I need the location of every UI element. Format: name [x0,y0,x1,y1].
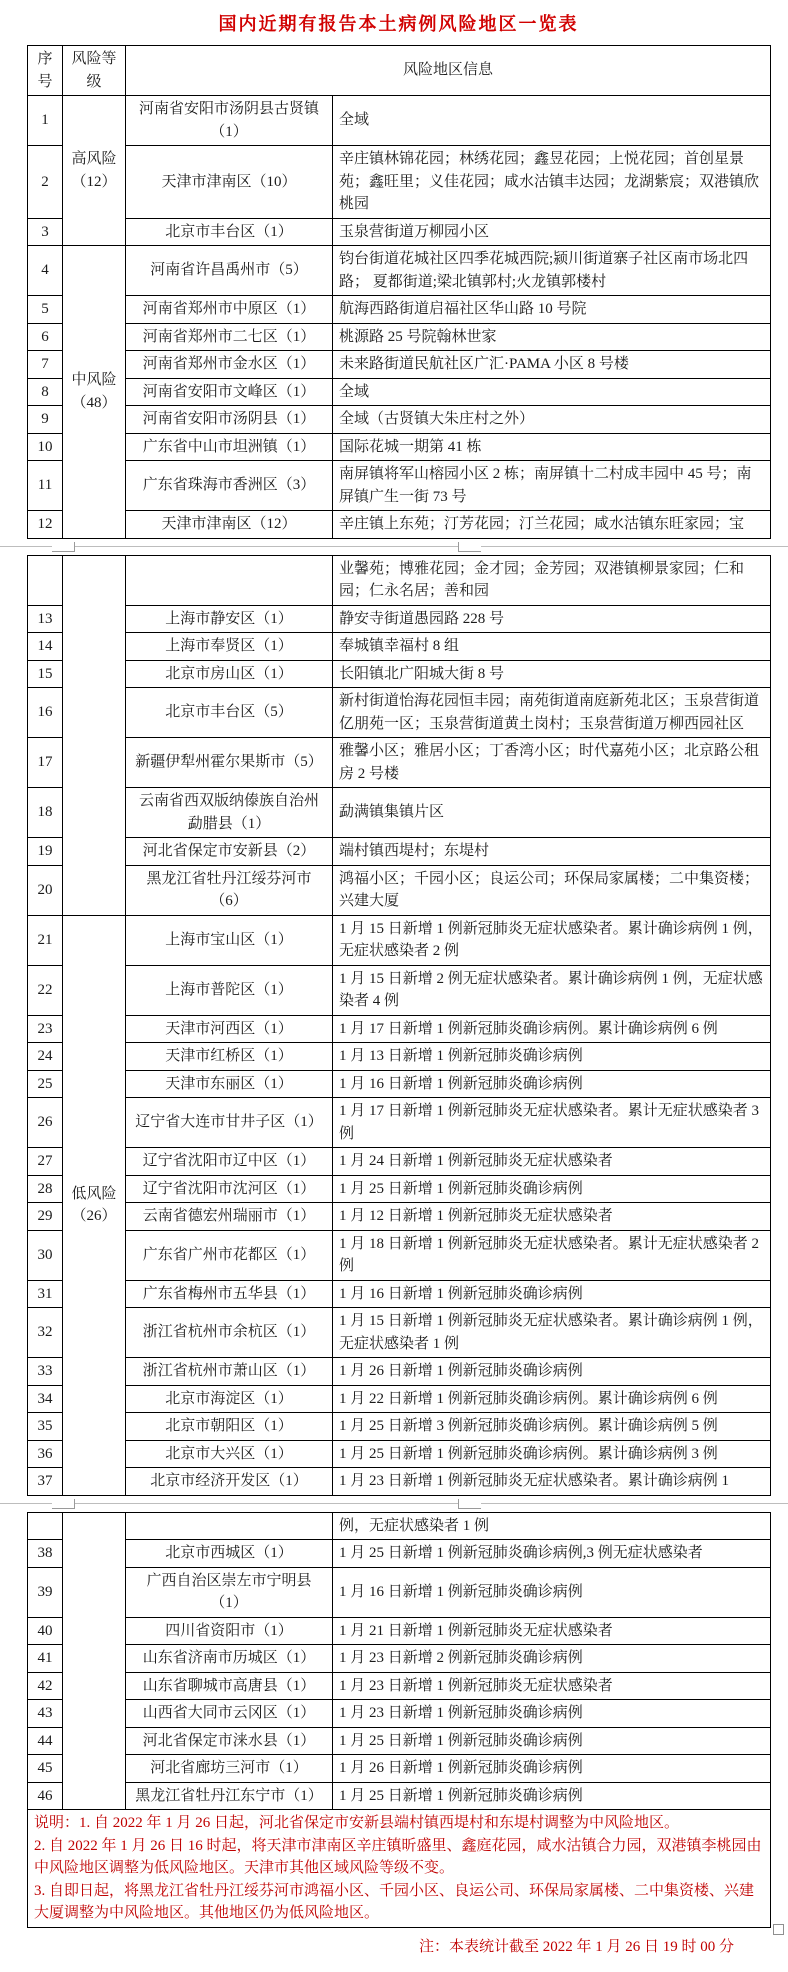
region-cell: 河北省廊坊三河市（1） [126,1755,333,1783]
info-cell: 1 月 23 日新增 1 例新冠肺炎确诊病例 [333,1700,771,1728]
row-number-cell: 20 [28,865,63,915]
info-cell: 全域 [333,378,771,406]
table-row: 19河北省保定市安新县（2）端村镇西堤村；东堤村 [28,838,771,866]
anchor-square-marker [773,1924,784,1935]
region-cell: 天津市津南区（12） [126,511,333,539]
page-corner-mark-right [458,542,481,552]
header-risk-area-info: 风险地区信息 [126,46,771,96]
region-cell: 北京市经济开发区（1） [126,1468,333,1496]
table-row: 46黑龙江省牡丹江东宁市（1）1 月 25 日新增 1 例新冠肺炎确诊病例 [28,1782,771,1810]
row-number-cell: 6 [28,323,63,351]
row-number-cell: 15 [28,660,63,688]
info-cell: 辛庄镇林锦花园；林绣花园；鑫昱花园；上悦花园；首创星景苑；鑫旺里；义佳花园；咸水… [333,146,771,219]
region-cell: 北京市朝阳区（1） [126,1413,333,1441]
info-cell: 长阳镇北广阳城大街 8 号 [333,660,771,688]
row-number-cell: 19 [28,838,63,866]
row-number-cell: 2 [28,146,63,219]
region-cell: 云南省西双版纳傣族自治州勐腊县（1） [126,788,333,838]
table-row: 18云南省西双版纳傣族自治州勐腊县（1）勐满镇集镇片区 [28,788,771,838]
table-row: 11广东省珠海市香洲区（3）南屏镇将军山榕园小区 2 栋；南屏镇十二村成丰园中 … [28,461,771,511]
info-cell: 1 月 26 日新增 1 例新冠肺炎确诊病例 [333,1358,771,1386]
table-row: 24天津市红桥区（1）1 月 13 日新增 1 例新冠肺炎确诊病例 [28,1043,771,1071]
row-number-cell: 13 [28,605,63,633]
info-cell: 1 月 17 日新增 1 例新冠肺炎无症状感染者。累计无症状感染者 3 例 [333,1098,771,1148]
row-number-cell: 9 [28,406,63,434]
table-row: 2天津市津南区（10）辛庄镇林锦花园；林绣花园；鑫昱花园；上悦花园；首创星景苑；… [28,146,771,219]
row-number-cell: 5 [28,296,63,324]
info-cell: 1 月 26 日新增 1 例新冠肺炎确诊病例 [333,1755,771,1783]
region-cell: 上海市宝山区（1） [126,915,333,965]
table-row: 例，无症状感染者 1 例 [28,1512,771,1540]
page-break-1 [0,539,788,555]
region-cell: 北京市大兴区（1） [126,1440,333,1468]
region-cell: 天津市河西区（1） [126,1015,333,1043]
table-row: 36北京市大兴区（1）1 月 25 日新增 1 例新冠肺炎确诊病例。累计确诊病例… [28,1440,771,1468]
table-row: 20黑龙江省牡丹江绥芬河市（6）鸿福小区；千园小区；良运公司；环保局家属楼；二中… [28,865,771,915]
risk-table-page-1: 序号风险等级风险地区信息1高风险 （12）河南省安阳市汤阴县古贤镇（1）全域2天… [27,45,771,539]
region-cell: 浙江省杭州市萧山区（1） [126,1358,333,1386]
risk-level-cell: 高风险 （12） [63,96,126,246]
page-corner-mark-right [458,1499,481,1509]
info-cell: 勐满镇集镇片区 [333,788,771,838]
info-cell: 航海西路街道启福社区华山路 10 号院 [333,296,771,324]
row-number-cell: 25 [28,1070,63,1098]
row-number-cell: 31 [28,1280,63,1308]
table-row: 业馨苑；博雅花园；金才园；金芳园；双港镇柳景家园；仁和园；仁永名居；善和园 [28,555,771,605]
table-row: 23天津市河西区（1）1 月 17 日新增 1 例新冠肺炎确诊病例。累计确诊病例… [28,1015,771,1043]
region-cell: 河南省安阳市汤阴县（1） [126,406,333,434]
region-cell: 广西自治区崇左市宁明县（1） [126,1567,333,1617]
table-row: 43山西省大同市云冈区（1）1 月 23 日新增 1 例新冠肺炎确诊病例 [28,1700,771,1728]
table-row: 40四川省资阳市（1）1 月 21 日新增 1 例新冠肺炎无症状感染者 [28,1617,771,1645]
risk-level-cell [63,1512,126,1810]
page-corner-mark-left [52,1499,75,1509]
row-number-cell: 32 [28,1308,63,1358]
region-cell: 天津市红桥区（1） [126,1043,333,1071]
row-number-cell [28,1512,63,1540]
info-cell: 新村街道怡海花园恒丰园；南苑街道南庭新苑北区；玉泉营街道亿朋苑一区；玉泉营街道黄… [333,688,771,738]
info-cell: 1 月 18 日新增 1 例新冠肺炎无症状感染者。累计无症状感染者 2 例 [333,1230,771,1280]
region-cell: 山东省济南市历城区（1） [126,1645,333,1673]
info-cell: 1 月 13 日新增 1 例新冠肺炎确诊病例 [333,1043,771,1071]
table-row: 12天津市津南区（12）辛庄镇上东苑；汀芳花园；汀兰花园；咸水沽镇东旺家园；宝 [28,511,771,539]
document: 国内近期有报告本土病例风险地区一览表 序号风险等级风险地区信息1高风险 （12）… [0,0,788,1972]
region-cell: 河南省安阳市文峰区（1） [126,378,333,406]
table-row: 25天津市东丽区（1）1 月 16 日新增 1 例新冠肺炎确诊病例 [28,1070,771,1098]
info-cell: 1 月 23 日新增 2 例新冠肺炎确诊病例 [333,1645,771,1673]
note-line: 2. 自 2022 年 1 月 26 日 16 时起，将天津市津南区辛庄镇昕盛里… [34,1835,764,1880]
region-cell: 北京市海淀区（1） [126,1385,333,1413]
region-cell: 山东省聊城市高唐县（1） [126,1672,333,1700]
region-cell: 广东省珠海市香洲区（3） [126,461,333,511]
info-cell: 1 月 15 日新增 1 例新冠肺炎无症状感染者。累计确诊病例 1 例，无症状感… [333,1308,771,1358]
info-cell: 静安寺街道愚园路 228 号 [333,605,771,633]
page-edge-line [0,546,788,547]
note-line: 3. 自即日起，将黑龙江省牡丹江绥芬河市鸿福小区、千园小区、良运公司、环保局家属… [34,1880,764,1925]
table-row: 9河南省安阳市汤阴县（1）全域（古贤镇大朱庄村之外） [28,406,771,434]
info-cell: 鸿福小区；千园小区；良运公司；环保局家属楼；二中集资楼；兴建大厦 [333,865,771,915]
region-cell: 辽宁省大连市甘井子区（1） [126,1098,333,1148]
header-risk-level: 风险等级 [63,46,126,96]
table-row: 38北京市西城区（1）1 月 25 日新增 1 例新冠肺炎确诊病例,3 例无症状… [28,1540,771,1568]
region-cell: 河南省许昌禹州市（5） [126,246,333,296]
table-row: 15北京市房山区（1）长阳镇北广阳城大街 8 号 [28,660,771,688]
region-cell: 山西省大同市云冈区（1） [126,1700,333,1728]
info-cell: 1 月 21 日新增 1 例新冠肺炎无症状感染者 [333,1617,771,1645]
region-cell: 河南省郑州市金水区（1） [126,351,333,379]
region-cell: 天津市东丽区（1） [126,1070,333,1098]
region-cell: 辽宁省沈阳市辽中区（1） [126,1148,333,1176]
page-break-2 [0,1496,788,1512]
table-row: 8河南省安阳市文峰区（1）全域 [28,378,771,406]
row-number-cell: 29 [28,1203,63,1231]
row-number-cell: 33 [28,1358,63,1386]
info-cell: 1 月 16 日新增 1 例新冠肺炎确诊病例 [333,1567,771,1617]
info-cell: 1 月 15 日新增 2 例无症状感染者。累计确诊病例 1 例，无症状感染者 4… [333,965,771,1015]
info-cell: 钧台街道花城社区四季花城西院;颍川街道寨子社区南市场北四路； 夏都街道;梁北镇郭… [333,246,771,296]
region-cell [126,1512,333,1540]
table-row: 34北京市海淀区（1）1 月 22 日新增 1 例新冠肺炎确诊病例。累计确诊病例… [28,1385,771,1413]
info-cell: 1 月 25 日新增 1 例新冠肺炎确诊病例。累计确诊病例 3 例 [333,1440,771,1468]
row-number-cell: 34 [28,1385,63,1413]
row-number-cell: 44 [28,1727,63,1755]
region-cell: 天津市津南区（10） [126,146,333,219]
row-number-cell: 22 [28,965,63,1015]
row-number-cell: 24 [28,1043,63,1071]
row-number-cell: 40 [28,1617,63,1645]
row-number-cell: 38 [28,1540,63,1568]
risk-level-cell [63,555,126,915]
table-row: 1高风险 （12）河南省安阳市汤阴县古贤镇（1）全域 [28,96,771,146]
row-number-cell: 16 [28,688,63,738]
info-cell: 奉城镇幸福村 8 组 [333,633,771,661]
info-cell: 例，无症状感染者 1 例 [333,1512,771,1540]
table-row: 14上海市奉贤区（1）奉城镇幸福村 8 组 [28,633,771,661]
info-cell: 1 月 25 日新增 1 例新冠肺炎确诊病例 [333,1782,771,1810]
table-row: 21低风险 （26）上海市宝山区（1）1 月 15 日新增 1 例新冠肺炎无症状… [28,915,771,965]
table-row: 5河南省郑州市中原区（1）航海西路街道启福社区华山路 10 号院 [28,296,771,324]
info-cell: 桃源路 25 号院翰林世家 [333,323,771,351]
table-row: 27辽宁省沈阳市辽中区（1）1 月 24 日新增 1 例新冠肺炎无症状感染者 [28,1148,771,1176]
note-line: 说明：1. 自 2022 年 1 月 26 日起，河北省保定市安新县端村镇西堤村… [34,1812,764,1835]
info-cell: 端村镇西堤村；东堤村 [333,838,771,866]
region-cell: 浙江省杭州市余杭区（1） [126,1308,333,1358]
row-number-cell: 21 [28,915,63,965]
region-cell: 河南省郑州市二七区（1） [126,323,333,351]
table-row: 42山东省聊城市高唐县（1）1 月 23 日新增 1 例新冠肺炎无症状感染者 [28,1672,771,1700]
table-row: 17新疆伊犁州霍尔果斯市（5）雅馨小区；雅居小区；丁香湾小区；时代嘉苑小区；北京… [28,738,771,788]
region-cell: 广东省梅州市五华县（1） [126,1280,333,1308]
info-cell: 1 月 25 日新增 3 例新冠肺炎确诊病例。累计确诊病例 5 例 [333,1413,771,1441]
row-number-cell: 35 [28,1413,63,1441]
table-row: 31广东省梅州市五华县（1）1 月 16 日新增 1 例新冠肺炎确诊病例 [28,1280,771,1308]
table-row: 3北京市丰台区（1）玉泉营街道万柳园小区 [28,218,771,246]
row-number-cell: 27 [28,1148,63,1176]
row-number-cell: 1 [28,96,63,146]
page-edge-line [0,1503,788,1504]
table-row: 10广东省中山市坦洲镇（1）国际花城一期第 41 栋 [28,433,771,461]
info-cell: 全域（古贤镇大朱庄村之外） [333,406,771,434]
row-number-cell: 12 [28,511,63,539]
risk-level-cell: 中风险 （48） [63,246,126,539]
page-corner-mark-left [52,542,75,552]
info-cell: 1 月 16 日新增 1 例新冠肺炎确诊病例 [333,1280,771,1308]
row-number-cell: 36 [28,1440,63,1468]
info-cell: 1 月 15 日新增 1 例新冠肺炎无症状感染者。累计确诊病例 1 例，无症状感… [333,915,771,965]
region-cell: 广东省广州市花都区（1） [126,1230,333,1280]
statistics-cutoff-note: 注：本表统计截至 2022 年 1 月 26 日 19 时 00 分 [27,1936,770,1959]
row-number-cell: 41 [28,1645,63,1673]
region-cell: 广东省中山市坦洲镇（1） [126,433,333,461]
table-row: 28辽宁省沈阳市沈河区（1）1 月 25 日新增 1 例新冠肺炎确诊病例 [28,1175,771,1203]
table-row: 44河北省保定市涞水县（1）1 月 25 日新增 1 例新冠肺炎确诊病例 [28,1727,771,1755]
row-number-cell: 18 [28,788,63,838]
info-cell: 国际花城一期第 41 栋 [333,433,771,461]
info-cell: 南屏镇将军山榕园小区 2 栋；南屏镇十二村成丰园中 45 号；南屏镇广生一街 7… [333,461,771,511]
table-row: 45河北省廊坊三河市（1）1 月 26 日新增 1 例新冠肺炎确诊病例 [28,1755,771,1783]
row-number-cell: 43 [28,1700,63,1728]
table-row: 29云南省德宏州瑞丽市（1）1 月 12 日新增 1 例新冠肺炎无症状感染者 [28,1203,771,1231]
info-cell: 1 月 16 日新增 1 例新冠肺炎确诊病例 [333,1070,771,1098]
row-number-cell: 14 [28,633,63,661]
row-number-cell: 7 [28,351,63,379]
info-cell: 1 月 22 日新增 1 例新冠肺炎确诊病例。累计确诊病例 6 例 [333,1385,771,1413]
info-cell: 玉泉营街道万柳园小区 [333,218,771,246]
table-row: 35北京市朝阳区（1）1 月 25 日新增 3 例新冠肺炎确诊病例。累计确诊病例… [28,1413,771,1441]
region-cell: 北京市西城区（1） [126,1540,333,1568]
region-cell: 辽宁省沈阳市沈河区（1） [126,1175,333,1203]
row-number-cell: 17 [28,738,63,788]
statistics-cutoff-text: 注：本表统计截至 2022 年 1 月 26 日 19 时 00 分 [419,1939,734,1955]
info-cell: 未来路街道民航社区广汇·PAMA 小区 8 号楼 [333,351,771,379]
info-cell: 全域 [333,96,771,146]
region-cell: 黑龙江省牡丹江绥芬河市（6） [126,865,333,915]
info-cell: 1 月 23 日新增 1 例新冠肺炎无症状感染者。累计确诊病例 1 [333,1468,771,1496]
region-cell: 云南省德宏州瑞丽市（1） [126,1203,333,1231]
row-number-cell: 46 [28,1782,63,1810]
row-number-cell: 3 [28,218,63,246]
region-cell: 河南省安阳市汤阴县古贤镇（1） [126,96,333,146]
table-row: 39广西自治区崇左市宁明县（1）1 月 16 日新增 1 例新冠肺炎确诊病例 [28,1567,771,1617]
header-serial-number: 序号 [28,46,63,96]
row-number-cell: 11 [28,461,63,511]
info-cell: 1 月 25 日新增 1 例新冠肺炎确诊病例,3 例无症状感染者 [333,1540,771,1568]
row-number-cell: 42 [28,1672,63,1700]
row-number-cell: 30 [28,1230,63,1280]
table-row: 33浙江省杭州市萧山区（1）1 月 26 日新增 1 例新冠肺炎确诊病例 [28,1358,771,1386]
region-cell: 上海市静安区（1） [126,605,333,633]
info-cell: 辛庄镇上东苑；汀芳花园；汀兰花园；咸水沽镇东旺家园；宝 [333,511,771,539]
table-row: 4中风险 （48）河南省许昌禹州市（5）钧台街道花城社区四季花城西院;颍川街道寨… [28,246,771,296]
region-cell: 四川省资阳市（1） [126,1617,333,1645]
table-row: 41山东省济南市历城区（1）1 月 23 日新增 2 例新冠肺炎确诊病例 [28,1645,771,1673]
region-cell: 黑龙江省牡丹江东宁市（1） [126,1782,333,1810]
row-number-cell: 8 [28,378,63,406]
info-cell: 1 月 23 日新增 1 例新冠肺炎无症状感染者 [333,1672,771,1700]
info-cell: 业馨苑；博雅花园；金才园；金芳园；双港镇柳景家园；仁和园；仁永名居；善和园 [333,555,771,605]
row-number-cell: 39 [28,1567,63,1617]
region-cell [126,555,333,605]
risk-table-page-2: 业馨苑；博雅花园；金才园；金芳园；双港镇柳景家园；仁和园；仁永名居；善和园13上… [27,555,771,1496]
info-cell: 1 月 12 日新增 1 例新冠肺炎无症状感染者 [333,1203,771,1231]
table-row: 16北京市丰台区（5）新村街道怡海花园恒丰园；南苑街道南庭新苑北区；玉泉营街道亿… [28,688,771,738]
region-cell: 河北省保定市涞水县（1） [126,1727,333,1755]
table-row: 7河南省郑州市金水区（1）未来路街道民航社区广汇·PAMA 小区 8 号楼 [28,351,771,379]
table-row: 13上海市静安区（1）静安寺街道愚园路 228 号 [28,605,771,633]
info-cell: 1 月 25 日新增 1 例新冠肺炎确诊病例 [333,1727,771,1755]
row-number-cell: 4 [28,246,63,296]
table-row: 22上海市普陀区（1）1 月 15 日新增 2 例无症状感染者。累计确诊病例 1… [28,965,771,1015]
region-cell: 上海市奉贤区（1） [126,633,333,661]
page-title: 国内近期有报告本土病例风险地区一览表 [27,10,770,36]
row-number-cell: 37 [28,1468,63,1496]
table-row: 26辽宁省大连市甘井子区（1）1 月 17 日新增 1 例新冠肺炎无症状感染者。… [28,1098,771,1148]
info-cell: 雅馨小区；雅居小区；丁香湾小区；时代嘉苑小区；北京路公租房 2 号楼 [333,738,771,788]
region-cell: 北京市丰台区（1） [126,218,333,246]
notes-cell: 说明：1. 自 2022 年 1 月 26 日起，河北省保定市安新县端村镇西堤村… [28,1810,771,1928]
region-cell: 河北省保定市安新县（2） [126,838,333,866]
notes-row: 说明：1. 自 2022 年 1 月 26 日起，河北省保定市安新县端村镇西堤村… [28,1810,771,1928]
region-cell: 河南省郑州市中原区（1） [126,296,333,324]
info-cell: 1 月 25 日新增 1 例新冠肺炎确诊病例 [333,1175,771,1203]
region-cell: 上海市普陀区（1） [126,965,333,1015]
table-row: 37北京市经济开发区（1）1 月 23 日新增 1 例新冠肺炎无症状感染者。累计… [28,1468,771,1496]
row-number-cell: 10 [28,433,63,461]
row-number-cell: 45 [28,1755,63,1783]
table-row: 30广东省广州市花都区（1）1 月 18 日新增 1 例新冠肺炎无症状感染者。累… [28,1230,771,1280]
region-cell: 新疆伊犁州霍尔果斯市（5） [126,738,333,788]
info-cell: 1 月 17 日新增 1 例新冠肺炎确诊病例。累计确诊病例 6 例 [333,1015,771,1043]
row-number-cell: 26 [28,1098,63,1148]
risk-table-page-3: 例，无症状感染者 1 例38北京市西城区（1）1 月 25 日新增 1 例新冠肺… [27,1512,771,1928]
row-number-cell: 28 [28,1175,63,1203]
table-row: 32浙江省杭州市余杭区（1）1 月 15 日新增 1 例新冠肺炎无症状感染者。累… [28,1308,771,1358]
risk-level-cell: 低风险 （26） [63,915,126,1495]
row-number-cell [28,555,63,605]
region-cell: 北京市丰台区（5） [126,688,333,738]
table-row: 6河南省郑州市二七区（1）桃源路 25 号院翰林世家 [28,323,771,351]
region-cell: 北京市房山区（1） [126,660,333,688]
row-number-cell: 23 [28,1015,63,1043]
info-cell: 1 月 24 日新增 1 例新冠肺炎无症状感染者 [333,1148,771,1176]
